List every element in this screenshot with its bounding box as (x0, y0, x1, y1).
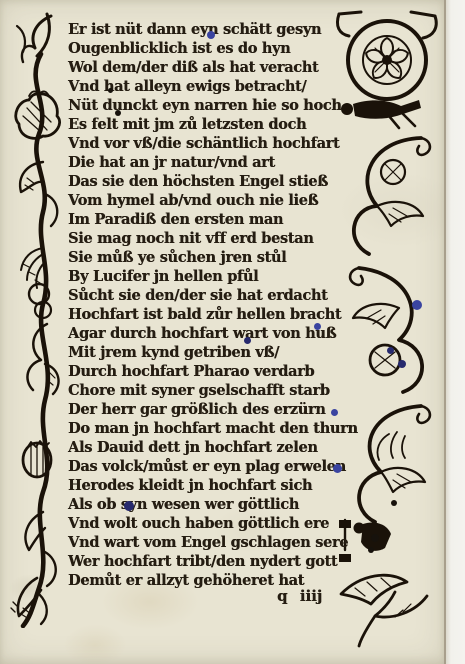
ink-spot (368, 547, 374, 553)
scroll-unit-middle (350, 268, 422, 392)
poem-line: Der herr gar größlich des erzürn (68, 400, 336, 419)
poem-line: Wer hochfart tribt/den nydert gott (68, 552, 336, 571)
poem-line: Vnd vor vß/die schäntlich hochfart (68, 134, 336, 153)
poem-line: Durch hochfart Pharao verdarb (68, 362, 336, 381)
poem-line: Als ob syn wesen wer göttlich (68, 495, 336, 514)
poem-line: Sie mag noch nit vff erd bestan (68, 229, 336, 248)
poem-line: Chore mit syner gselschafft starb (68, 381, 336, 400)
poem-line: Mit jrem kynd getriben vß/ (68, 343, 336, 362)
poem-line: Ougenblicklich ist es do hyn (68, 39, 336, 58)
ink-spot (244, 337, 251, 344)
poem-line: Das volck/můst er eyn plag erwelen (68, 457, 336, 476)
poem-line: Im Paradiß den ersten man (68, 210, 336, 229)
poem-line: Es felt mit jm zů letzsten doch (68, 115, 336, 134)
quire-signature: q iiij (277, 587, 322, 605)
ink-spot (207, 31, 215, 39)
poem-line: Vom hymel ab/vnd ouch nie ließ (68, 191, 336, 210)
poem-line: Vnd wolt ouch haben göttlich ere (68, 514, 336, 533)
poem-line: By Lucifer jn hellen pfůl (68, 267, 336, 286)
ink-spot (371, 534, 379, 542)
small-figure-woodcut (341, 100, 421, 128)
poem-line: Das sie den höchsten Engel stieß (68, 172, 336, 191)
left-floral-border-woodcut (5, 12, 63, 628)
book-scan: Er ist nüt dann eyn schätt gesynOugenbli… (0, 0, 465, 664)
poem-line: Vnd hat alleyn ewigs betracht/ (68, 77, 336, 96)
poem-line: Agar durch hochfart wart von huß (68, 324, 336, 343)
scroll-unit-top (354, 138, 430, 254)
ink-spot (387, 347, 394, 354)
poem-line: Die hat an jr natur/vnd art (68, 153, 336, 172)
ink-spot (124, 501, 134, 511)
ink-spot (108, 88, 113, 93)
ink-spot (398, 360, 406, 368)
poem-text-block: Er ist nüt dann eyn schätt gesynOugenbli… (68, 20, 336, 590)
book-page: Er ist nüt dann eyn schätt gesynOugenbli… (0, 0, 446, 664)
poem-line: Vnd wart vom Engel gschlagen sere (68, 533, 336, 552)
poem-line: Sie můß ye sůchen jren stůl (68, 248, 336, 267)
ink-spot (314, 323, 321, 330)
top-leaf-cluster (17, 14, 51, 62)
ink-spot (391, 500, 397, 506)
poem-line: Sůcht sie den/der sie hat erdacht (68, 286, 336, 305)
rose-medallion (337, 12, 436, 99)
poem-line: Wol dem/der diß als hat veracht (68, 58, 336, 77)
poem-line: Hochfart ist bald zůr hellen bracht (68, 305, 336, 324)
page-edge-strip (446, 0, 465, 664)
poem-line: Do man jn hochfart macht den thurn (68, 419, 336, 438)
poem-line: Er ist nüt dann eyn schätt gesyn (68, 20, 336, 39)
poem-line: Herodes kleidt jn hochfart sich (68, 476, 336, 495)
ink-spot (412, 300, 422, 310)
ink-spot (115, 110, 121, 116)
poem-line: Als Dauid dett jn hochfart zelen (68, 438, 336, 457)
bottom-leaf-cluster (341, 575, 427, 646)
ink-spot (331, 409, 338, 416)
ink-spot (333, 464, 342, 473)
poem-line: Nüt dunckt eyn narren hie so hoch (68, 96, 336, 115)
right-acanthus-border-woodcut (331, 8, 443, 648)
